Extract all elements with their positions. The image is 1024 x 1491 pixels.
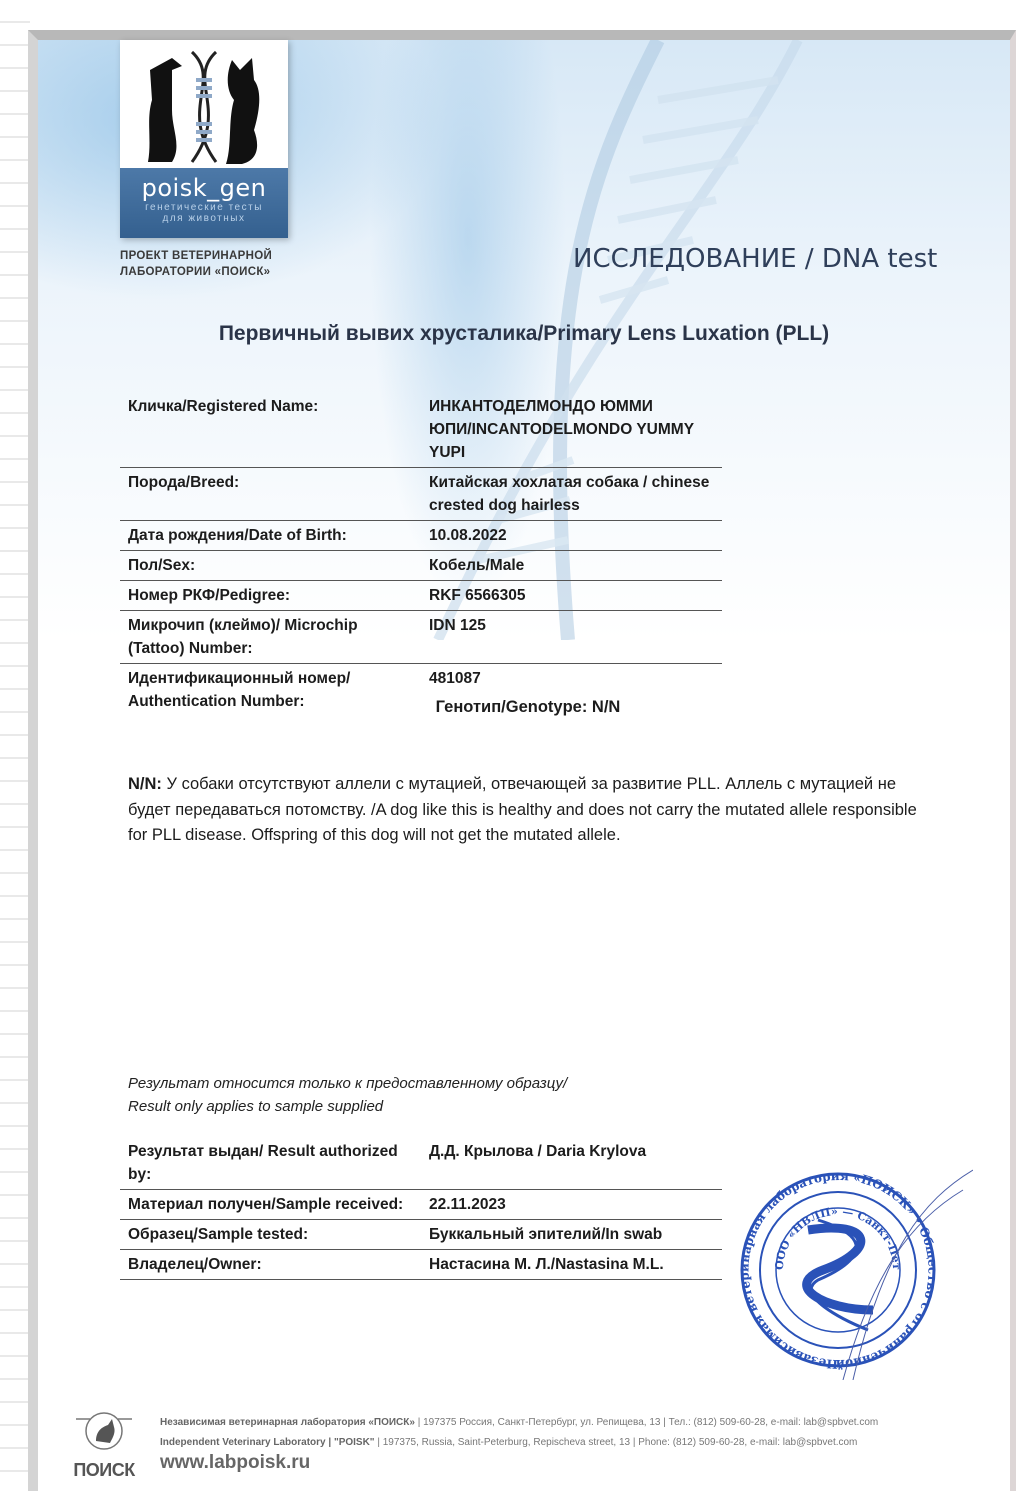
genotype-interpretation: N/N: У собаки отсутствуют аллели с мутац…	[128, 772, 918, 849]
poisk-gen-logo: poisk_gen генетические тесты для животны…	[120, 40, 288, 238]
sex-label: Пол/Sex:	[120, 551, 421, 581]
document-type: ИССЛЕДОВАНИЕ / DNA test	[573, 244, 937, 274]
logo-name: poisk_gen	[120, 174, 288, 202]
pedigree-label: Номер РКФ/Pedigree:	[120, 581, 421, 611]
pedigree-value: RKF 6566305	[421, 581, 722, 611]
certificate-page: poisk_gen генетические тесты для животны…	[28, 30, 1016, 1491]
table-row: Результат выдан/ Result authorized by: Д…	[120, 1137, 722, 1190]
footer-line2-address: | 197375, Russia, Saint-Peterburg, Repis…	[375, 1437, 858, 1448]
table-row: Микрочип (клеймо)/ Microchip (Tattoo) Nu…	[120, 611, 722, 664]
microchip-value: IDN 125	[421, 611, 722, 664]
owner-label: Владелец/Owner:	[120, 1250, 421, 1280]
footer-line2: Independent Veterinary Laboratory | "POI…	[160, 1433, 878, 1453]
microchip-label: Микрочип (клеймо)/ Microchip (Tattoo) Nu…	[120, 611, 421, 664]
breed-label: Порода/Breed:	[120, 468, 421, 521]
footer-line1-address: | 197375 Россия, Санкт-Петербург, ул. Ре…	[415, 1417, 878, 1428]
registered-name-value: ИНКАНТОДЕЛМОНДО ЮММИ ЮПИ/INCANTODELMONDO…	[421, 392, 722, 468]
sample-received-label: Материал получен/Sample received:	[120, 1190, 421, 1220]
dog-cat-dna-logo-icon	[142, 50, 266, 168]
dob-value: 10.08.2022	[421, 521, 722, 551]
registered-name-label: Кличка/Registered Name:	[120, 392, 421, 468]
table-row: Номер РКФ/Pedigree: RKF 6566305	[120, 581, 722, 611]
footer-website-link[interactable]: www.labpoisk.ru	[160, 1452, 310, 1474]
sample-tested-label: Образец/Sample tested:	[120, 1220, 421, 1250]
lined-paper-background	[0, 0, 30, 1491]
genotype-result: Генотип/Genotype: N/N	[38, 698, 1018, 717]
dob-label: Дата рождения/Date of Birth:	[120, 521, 421, 551]
sample-disclaimer: Результат относится только к предоставле…	[128, 1072, 567, 1118]
disclaimer-line2: Result only applies to sample supplied	[128, 1095, 567, 1118]
poisk-dog-logo-icon	[76, 1405, 132, 1455]
sample-tested-value: Буккальный эпителий/In swab	[421, 1220, 722, 1250]
footer-line1: Независимая ветеринарная лаборатория «ПО…	[160, 1413, 878, 1433]
round-seal-stamp-icon: Независимая ветеринарная лаборатория «ПО…	[723, 1160, 973, 1380]
sample-info-table: Результат выдан/ Result authorized by: Д…	[120, 1137, 722, 1280]
table-row: Пол/Sex: Кобель/Male	[120, 551, 722, 581]
footer-contacts: Независимая ветеринарная лаборатория «ПО…	[160, 1413, 878, 1453]
disclaimer-line1: Результат относится только к предоставле…	[128, 1072, 567, 1095]
poisk-footer-logo: ПОИСК	[68, 1405, 140, 1485]
authorized-by-label: Результат выдан/ Result authorized by:	[120, 1137, 421, 1190]
project-line1: ПРОЕКТ ВЕТЕРИНАРНОЙ	[120, 248, 272, 264]
owner-value: Настасина М. Л./Nastasina M.L.	[421, 1250, 722, 1280]
test-title: Первичный вывих хрусталика/Primary Lens …	[38, 322, 1010, 346]
table-row: Порода/Breed: Китайская хохлатая собака …	[120, 468, 722, 521]
breed-value: Китайская хохлатая собака / chinese cres…	[421, 468, 722, 521]
footer-logo-text: ПОИСК	[68, 1460, 140, 1481]
table-row: Образец/Sample tested: Буккальный эпител…	[120, 1220, 722, 1250]
animal-info-table: Кличка/Registered Name: ИНКАНТОДЕЛМОНДО …	[120, 392, 722, 716]
authorized-by-value: Д.Д. Крылова / Daria Krylova	[421, 1137, 722, 1190]
interpretation-text: У собаки отсутствуют аллели с мутацией, …	[128, 775, 917, 844]
footer-line2-org: Independent Veterinary Laboratory | "POI…	[160, 1437, 375, 1448]
genotype-code: N/N:	[128, 775, 162, 793]
sample-received-value: 22.11.2023	[421, 1190, 722, 1220]
logo-subtitle-line2: для животных	[120, 213, 288, 224]
project-line2: ЛАБОРАТОРИИ «ПОИСК»	[120, 264, 272, 280]
logo-subtitle-line1: генетические тесты	[120, 202, 288, 213]
footer-line1-org: Независимая ветеринарная лаборатория «ПО…	[160, 1417, 415, 1428]
table-row: Дата рождения/Date of Birth: 10.08.2022	[120, 521, 722, 551]
project-caption: ПРОЕКТ ВЕТЕРИНАРНОЙ ЛАБОРАТОРИИ «ПОИСК»	[120, 248, 272, 280]
table-row: Материал получен/Sample received: 22.11.…	[120, 1190, 722, 1220]
sex-value: Кобель/Male	[421, 551, 722, 581]
logo-band: poisk_gen генетические тесты для животны…	[120, 168, 288, 238]
table-row: Владелец/Owner: Настасина М. Л./Nastasin…	[120, 1250, 722, 1280]
table-row: Кличка/Registered Name: ИНКАНТОДЕЛМОНДО …	[120, 392, 722, 468]
